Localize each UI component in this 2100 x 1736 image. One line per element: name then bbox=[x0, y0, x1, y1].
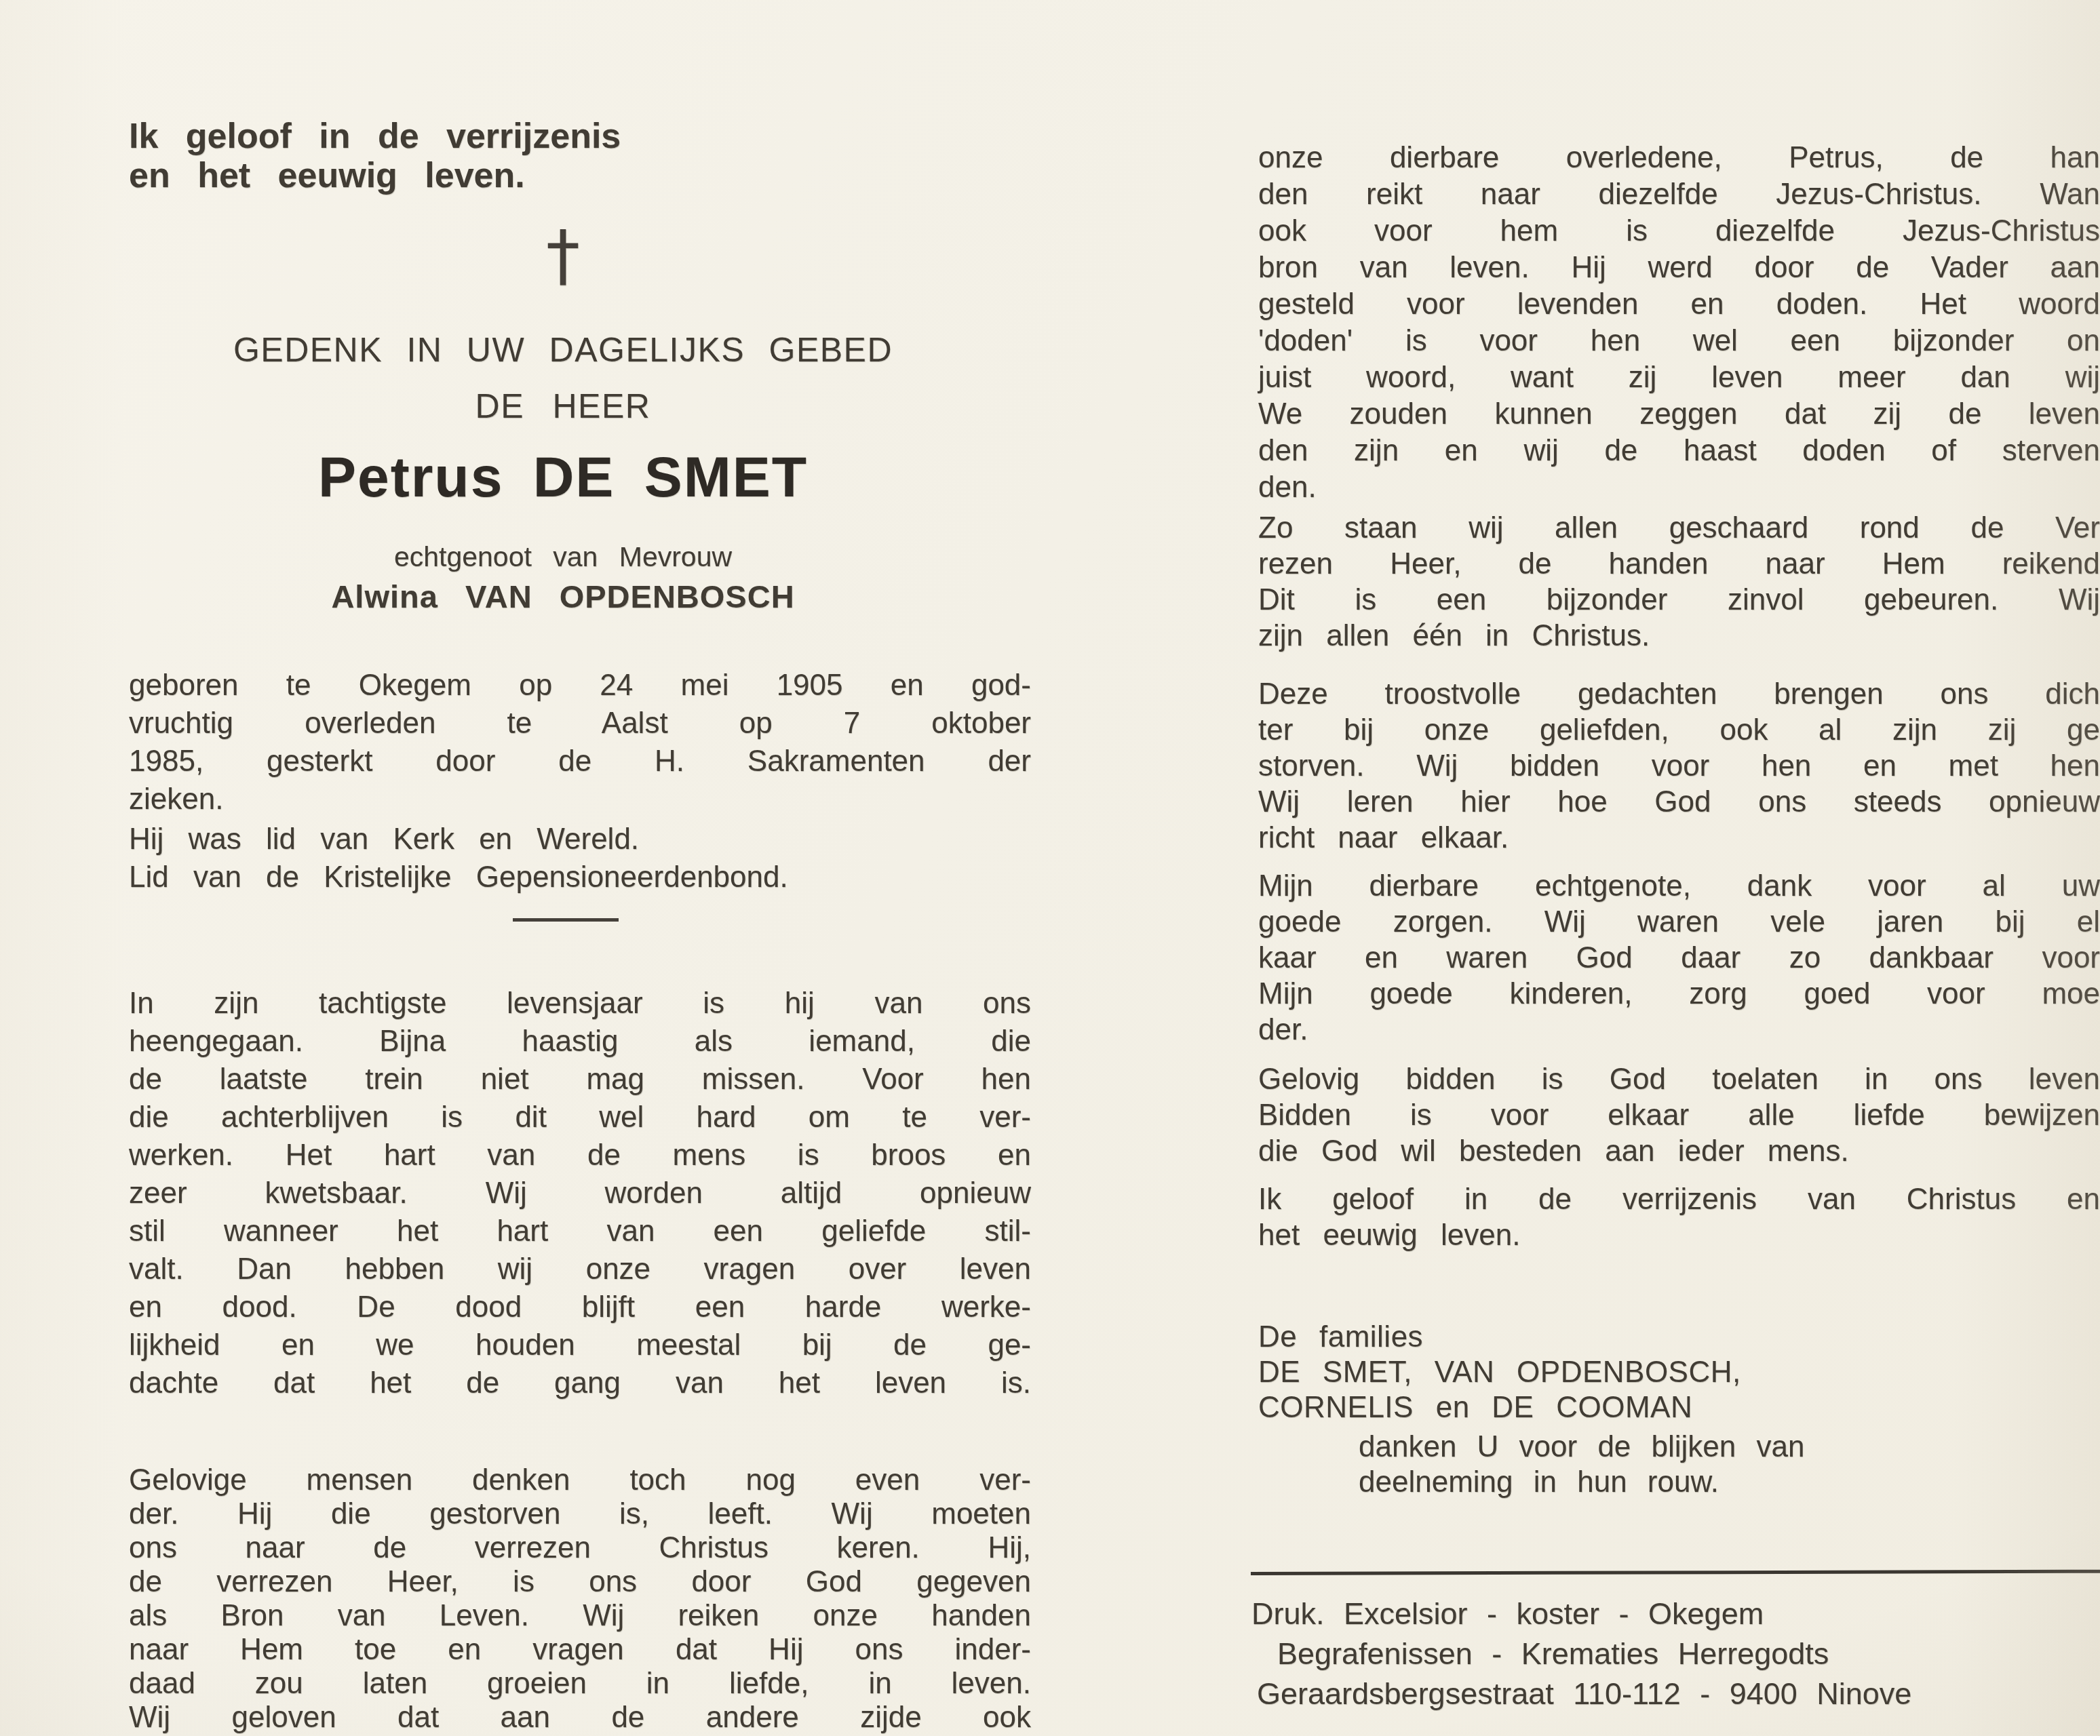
deceased-name: Petrus DE SMET bbox=[109, 444, 1017, 510]
text-line: richt naar elkaar. bbox=[1258, 820, 2100, 856]
cross-icon: † bbox=[109, 216, 1017, 295]
text-line: DE SMET, VAN OPDENBOSCH, bbox=[1258, 1355, 2100, 1390]
text-line: Zo staan wij allen geschaard rond de Ver bbox=[1258, 510, 2100, 546]
text-line: valt. Dan hebben wij onze vragen over le… bbox=[129, 1250, 1031, 1288]
text-line: ook voor hem is diezelfde Jezus-Christus bbox=[1258, 213, 2100, 250]
title-de-heer: DE HEER bbox=[109, 387, 1017, 426]
text-line: onze dierbare overledene, Petrus, de han bbox=[1258, 140, 2100, 176]
text-line: In zijn tachtigste levensjaar is hij van… bbox=[129, 985, 1031, 1023]
text-line: het eeuwig leven. bbox=[1258, 1217, 2100, 1253]
text-line: zijn allen één in Christus. bbox=[1258, 618, 2100, 654]
printer-colophon: Druk. Excelsior - koster - OkegemBegrafe… bbox=[1251, 1594, 2100, 1714]
text-line: storven. Wij bidden voor hen en met hen bbox=[1258, 748, 2100, 784]
text-line: Lid van de Kristelijke Gepensioneerdenbo… bbox=[129, 859, 1031, 896]
text-line: Dit is een bijzonder zinvol gebeuren. Wi… bbox=[1258, 582, 2100, 618]
text-line: deelneming in hun rouw. bbox=[1359, 1465, 2100, 1500]
text-line: We zouden kunnen zeggen dat zij de leven bbox=[1258, 396, 2100, 433]
families-list: De familiesDE SMET, VAN OPDENBOSCH,CORNE… bbox=[1258, 1320, 2100, 1425]
text-line: Druk. Excelsior - koster - Okegem bbox=[1251, 1594, 2100, 1634]
text-line: daad zou laten groeien in liefde, in lev… bbox=[129, 1667, 1031, 1701]
text-line: De families bbox=[1258, 1320, 2100, 1355]
text-line: als Bron van Leven. Wij reiken onze hand… bbox=[129, 1599, 1031, 1633]
text-line: stil wanneer het hart van een geliefde s… bbox=[129, 1212, 1031, 1250]
text-line: den zijn en wij de haast doden of sterve… bbox=[1258, 433, 2100, 469]
text-line: ter bij onze geliefden, ook al zijn zij … bbox=[1258, 712, 2100, 748]
text-line: gesteld voor levenden en doden. Het woor… bbox=[1258, 286, 2100, 323]
colophon-divider bbox=[1251, 1570, 2100, 1575]
eulogy-paragraph-1: In zijn tachtigste levensjaar is hij van… bbox=[129, 985, 1031, 1402]
text-line: CORNELIS en DE COOMAN bbox=[1258, 1390, 2100, 1425]
text-line: en dood. De dood blijft een harde werke- bbox=[129, 1288, 1031, 1326]
text-line: de laatste trein niet mag missen. Voor h… bbox=[129, 1061, 1031, 1099]
creed-intro: Ik geloof in de verrijzenisen het eeuwig… bbox=[129, 117, 841, 195]
prayer-paragraph-3: Deze troostvolle gedachten brengen ons d… bbox=[1258, 676, 2100, 856]
text-line: Deze troostvolle gedachten brengen ons d… bbox=[1258, 676, 2100, 712]
text-line: die God wil besteden aan ieder mens. bbox=[1258, 1133, 2100, 1169]
text-line: lijkheid en we houden meestal bij de ge- bbox=[129, 1326, 1031, 1364]
text-line: Geraardsbergsestraat 110-112 - 9400 Nino… bbox=[1257, 1674, 2100, 1714]
prayer-paragraph-4: Mijn dierbare echtgenote, dank voor al u… bbox=[1258, 868, 2100, 1048]
text-line: Hij was lid van Kerk en Wereld. bbox=[129, 821, 1031, 859]
text-line: goede zorgen. Wij waren vele jaren bij e… bbox=[1258, 904, 2100, 940]
text-line: en het eeuwig leven. bbox=[129, 156, 841, 195]
remembrance-heading: GEDENK IN UW DAGELIJKS GEBED bbox=[109, 330, 1017, 370]
text-line: vruchtig overleden te Aalst op 7 oktober bbox=[129, 705, 1031, 743]
section-divider bbox=[513, 918, 619, 922]
text-line: den reikt naar diezelfde Jezus-Christus.… bbox=[1258, 176, 2100, 213]
text-line: Begrafenissen - Krematies Herregodts bbox=[1277, 1634, 2100, 1674]
prayer-paragraph-2: Zo staan wij allen geschaard rond de Ver… bbox=[1258, 510, 2100, 654]
text-line: dachte dat het de gang van het leven is. bbox=[129, 1364, 1031, 1402]
spouse-name: Alwina VAN OPDENBOSCH bbox=[109, 578, 1017, 615]
text-line: naar Hem toe en vragen dat Hij ons inder… bbox=[129, 1633, 1031, 1667]
text-line: Wij geloven dat aan de andere zijde ook bbox=[129, 1701, 1031, 1735]
text-line: bron van leven. Hij werd door de Vader a… bbox=[1258, 250, 2100, 286]
text-line: juist woord, want zij leven meer dan wij bbox=[1258, 359, 2100, 396]
text-line: werken. Het hart van de mens is broos en bbox=[129, 1137, 1031, 1175]
text-line: heengegaan. Bijna haastig als iemand, di… bbox=[129, 1023, 1031, 1061]
text-line: de verrezen Heer, is ons door God gegeve… bbox=[129, 1565, 1031, 1599]
eulogy-paragraph-2: Gelovige mensen denken toch nog even ver… bbox=[129, 1463, 1031, 1735]
text-line: geboren te Okegem op 24 mei 1905 en god- bbox=[129, 667, 1031, 705]
text-line: Ik geloof in de verrijzenis bbox=[129, 117, 841, 156]
text-line: rezen Heer, de handen naar Hem reikend bbox=[1258, 546, 2100, 582]
text-line: zeer kwetsbaar. Wij worden altijd opnieu… bbox=[129, 1175, 1031, 1212]
text-line: Ik geloof in de verrijzenis van Christus… bbox=[1258, 1181, 2100, 1217]
membership-lines: Hij was lid van Kerk en Wereld.Lid van d… bbox=[129, 821, 1031, 896]
text-line: Wij leren hier hoe God ons steeds opnieu… bbox=[1258, 784, 2100, 820]
text-line: kaar en waren God daar zo dankbaar voor bbox=[1258, 940, 2100, 976]
text-line: Mijn goede kinderen, zorg goed voor moe bbox=[1258, 976, 2100, 1012]
spouse-prefix: echtgenoot van Mevrouw bbox=[109, 541, 1017, 573]
prayer-paragraph-5: Gelovig bidden is God toelaten in ons le… bbox=[1258, 1061, 2100, 1169]
text-line: 'doden' is voor hen wel een bijzonder on bbox=[1258, 323, 2100, 359]
text-line: ons naar de verrezen Christus keren. Hij… bbox=[129, 1531, 1031, 1565]
text-line: Gelovige mensen denken toch nog even ver… bbox=[129, 1463, 1031, 1497]
text-line: Bidden is voor elkaar alle liefde bewijz… bbox=[1258, 1097, 2100, 1133]
prayer-paragraph-1: onze dierbare overledene, Petrus, de han… bbox=[1258, 140, 2100, 506]
text-line: zieken. bbox=[129, 781, 1031, 818]
memorial-card-scan: { "paper": { "background": "#f3f0e6", "i… bbox=[0, 0, 2100, 1736]
thanks-note: danken U voor de blijken vandeelneming i… bbox=[1359, 1429, 2100, 1500]
text-line: der. bbox=[1258, 1012, 2100, 1048]
text-line: danken U voor de blijken van bbox=[1359, 1429, 2100, 1465]
text-line: die achterblijven is dit wel hard om te … bbox=[129, 1099, 1031, 1137]
text-line: 1985, gesterkt door de H. Sakramenten de… bbox=[129, 743, 1031, 781]
text-line: Mijn dierbare echtgenote, dank voor al u… bbox=[1258, 868, 2100, 904]
birth-death-paragraph: geboren te Okegem op 24 mei 1905 en god-… bbox=[129, 667, 1031, 818]
text-line: der. Hij die gestorven is, leeft. Wij mo… bbox=[129, 1497, 1031, 1531]
text-line: Gelovig bidden is God toelaten in ons le… bbox=[1258, 1061, 2100, 1097]
text-line: den. bbox=[1258, 469, 2100, 506]
prayer-paragraph-6: Ik geloof in de verrijzenis van Christus… bbox=[1258, 1181, 2100, 1253]
